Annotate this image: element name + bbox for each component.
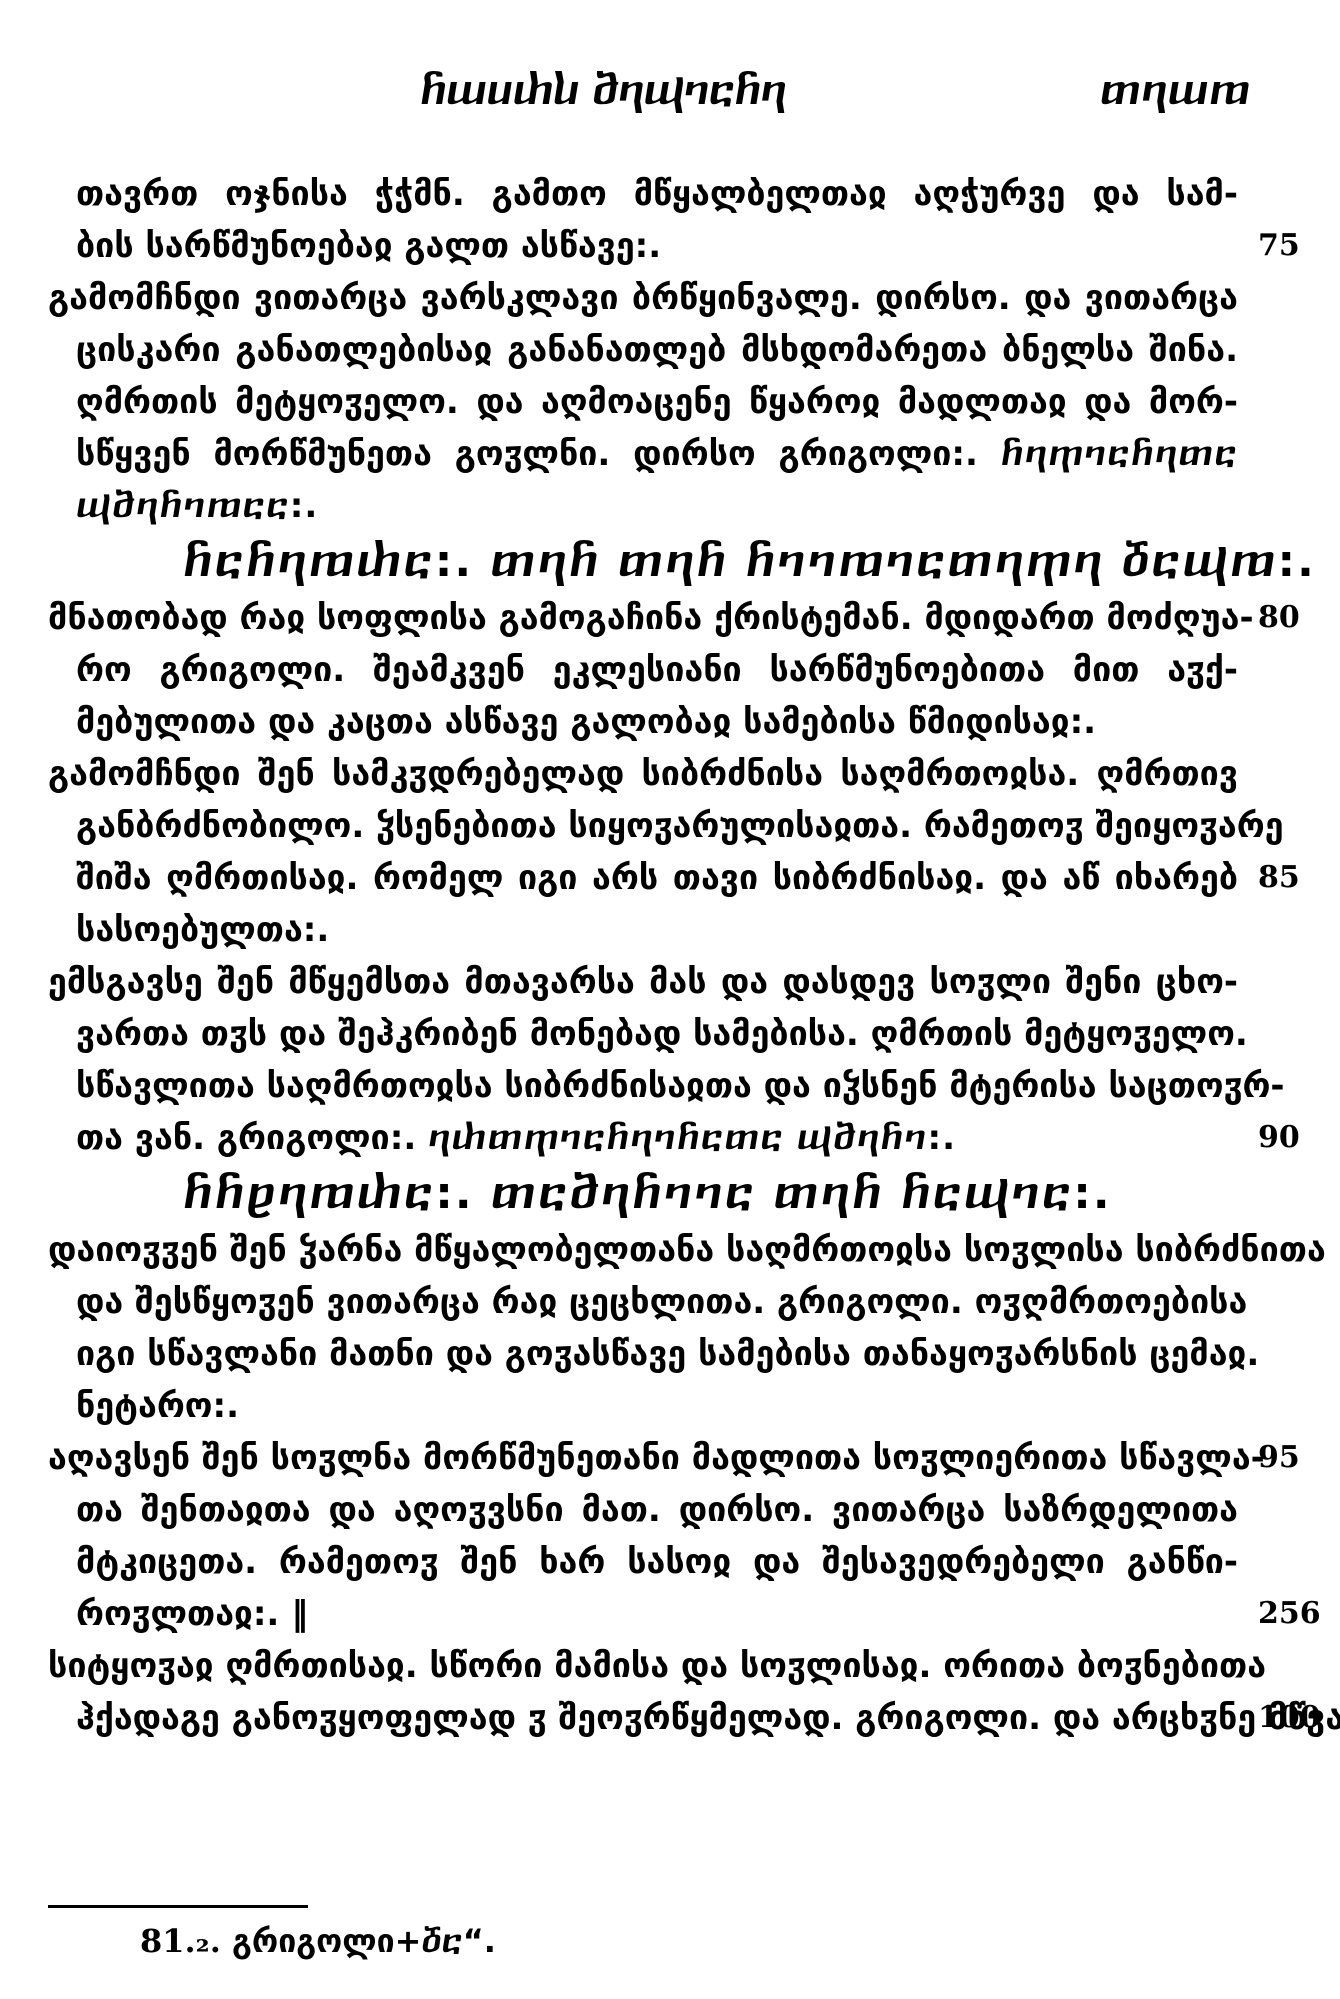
text-line: რო გრიგოლი. შეამკვენ ეკლესიანი სარწმუნოე… <box>48 644 1238 696</box>
text-line: გამომჩნდი ვითარცა ვარსკლავი ბრწყინვალე. … <box>48 272 1238 324</box>
text-line: როჳლთაჲ:. ‖ 256 <box>48 1588 1238 1640</box>
text-line: სწყვენ მორწმუნეთა გოჳლნი. დირსო გრიგოლი:… <box>48 428 1238 480</box>
text-line: მტკიცეთა. რამეთოჳ შენ ხარ სასოჲ და შესავ… <box>48 1536 1238 1588</box>
text-line: განბრძნობილო. ჴსენებითა სიყოჳარულისაჲთა.… <box>48 800 1238 852</box>
text-line-content: მნათობად რაჲ სოფლისა გამოგაჩინა ქრისტემა… <box>48 598 1254 638</box>
text-line: სასოებულთა:. <box>48 904 1238 956</box>
line-number: 75 <box>1258 220 1338 272</box>
text-line-content: ბის სარწმუნოებაჲ გალთ ასწავე:. <box>76 226 661 266</box>
text-line: ბის სარწმუნოებაჲ გალთ ასწავე:. 75 <box>48 220 1238 272</box>
rubric-text: ⴓⴋⴄⴌⴈⴊⴀⴀ:. <box>76 486 318 526</box>
line-number: 85 <box>1258 852 1338 904</box>
text-line: ჰქადაგე განოჳყოფელად ჳ შეოჳრწყმელად. გრი… <box>48 1692 1238 1744</box>
footnote-divider <box>48 1905 308 1908</box>
footnote-ref: 81.₂. <box>140 1922 221 1960</box>
text-line-content: შიშა ღმრთისაჲ. რომელ იგი არს თავი სიბრძნ… <box>76 858 1238 898</box>
line-number: 80 <box>1258 592 1338 644</box>
line-number: 95 <box>1258 1432 1338 1484</box>
text-line: და შესწყოჳენ ვითარცა რაჲ ცეცხლითა. გრიგო… <box>48 1276 1238 1328</box>
text-line: დაიოჳჳენ შენ ჴარნა მწყალობელთანა საღმრთო… <box>48 1224 1238 1276</box>
text-line: სიტყოჳაჲ ღმრთისაჲ. სწორი მამისა და სოჳლი… <box>48 1640 1238 1692</box>
footnote-text: გრიგოლი+ⴃⴀ“. <box>232 1922 496 1960</box>
text-line-content: აღავსენ შენ სოჳლნა მორწმუნეთანი მადლითა … <box>48 1438 1265 1478</box>
running-head: ⴌⴍⴎⴐⴑ ⴋⴄⴓⴈⴀⴌⴄ ⴇⴄⴍⴊ <box>0 68 1340 128</box>
text-line-content: ჰქადაგე განოჳყოფელად ჳ შეოჳრწყმელად. გრი… <box>76 1698 1340 1738</box>
text-line: ვართა თჳს და შეჰკრიბენ მონებად სამებისა.… <box>48 1008 1238 1060</box>
line-number: 100 <box>1258 1692 1338 1744</box>
text-line: ⴓⴋⴄⴌⴈⴊⴀⴀ:. <box>48 480 1238 532</box>
text-line: ნეტარო:. <box>48 1380 1238 1432</box>
footnote: 81.₂. გრიგოლი+ⴃⴀ“. <box>140 1922 496 1960</box>
text-line: მებულითა და კაცთა ასწავე გალობაჲ სამების… <box>48 696 1238 748</box>
text-line: თავრთ ოჯნისა ჭჭმნ. გამთო მწყალბელთაჲ აღჭ… <box>48 168 1238 220</box>
text-line: სწავლითა საღმრთოჲსა სიბრძნისაჲთა და იჴსნ… <box>48 1060 1238 1112</box>
line-number: 90 <box>1258 1112 1338 1164</box>
text-line: ემსგავსე შენ მწყემსთა მთავარსა მას და და… <box>48 956 1238 1008</box>
running-head-title: ⴌⴍⴎⴐⴑ ⴋⴄⴓⴈⴀⴌⴄ <box>420 68 786 114</box>
text-line-content: სწყვენ მორწმუნეთა გოჳლნი. დირსო გრიგოლი:… <box>76 434 1001 474</box>
folio-marker: 256 <box>1258 1588 1338 1640</box>
text-line: შიშა ღმრთისაჲ. რომელ იგი არს თავი სიბრძნ… <box>48 852 1238 904</box>
rubric-text: ⴌⴄⴅⴈⴀⴌⴄⴇⴀ <box>1001 434 1238 474</box>
rubric-text: ⴄⴐⴇⴅⴈⴀⴌⴄⴈⴌⴀⴇⴀ ⴓⴋⴄⴌⴈ:. <box>428 1118 956 1158</box>
text-line-content: როჳლთაჲ:. ‖ <box>76 1594 308 1634</box>
main-text: თავრთ ოჯნისა ჭჭმნ. გამთო მწყალბელთაჲ აღჭ… <box>48 168 1238 1744</box>
text-line: თა ვან. გრიგოლი:. ⴄⴐⴇⴅⴈⴀⴌⴄⴈⴌⴀⴇⴀ ⴓⴋⴄⴌⴈ:. … <box>48 1112 1238 1164</box>
text-line: ღმრთის მეტყოჳელო. და აღმოაცენე წყაროჲ მა… <box>48 376 1238 428</box>
text-line: იგი სწავლანი მათნი და გოჳასწავე სამებისა… <box>48 1328 1238 1380</box>
text-line: მნათობად რაჲ სოფლისა გამოგაჩინა ქრისტემა… <box>48 592 1238 644</box>
text-line: თა შენთაჲთა და აღოჳვსნი მათ. დირსო. ვითა… <box>48 1484 1238 1536</box>
section-heading: ⴌⴌⴒⴄⴊⴐⴀ:. ⴇⴀⴋⴄⴌⴈⴈⴀ ⴇⴄⴌ ⴌⴀⴓⴈⴀ:. <box>48 1164 1238 1224</box>
scanned-page: ⴌⴍⴎⴐⴑ ⴋⴄⴓⴈⴀⴌⴄ ⴇⴄⴍⴊ თავრთ ოჯნისა ჭჭმნ. გა… <box>0 0 1340 1999</box>
text-line-content: თა ვან. გრიგოლი:. <box>76 1118 428 1158</box>
text-line: გამომჩნდი შენ სამკჳდრებელად სიბრძნისა სა… <box>48 748 1238 800</box>
text-line: ცისკარი განათლებისაჲ განანათლებ მსხდომარ… <box>48 324 1238 376</box>
section-heading: ⴌⴀⴌⴄⴊⴐⴀ:. ⴇⴄⴌ ⴇⴄⴌ ⴌⴈⴈⴊⴈⴀⴇⴄⴅⴄ ⴃⴀⴓⴊ:. <box>48 532 1238 592</box>
text-line: აღავსენ შენ სოჳლნა მორწმუნეთანი მადლითა … <box>48 1432 1238 1484</box>
running-head-folio: ⴇⴄⴍⴊ <box>1100 68 1250 114</box>
